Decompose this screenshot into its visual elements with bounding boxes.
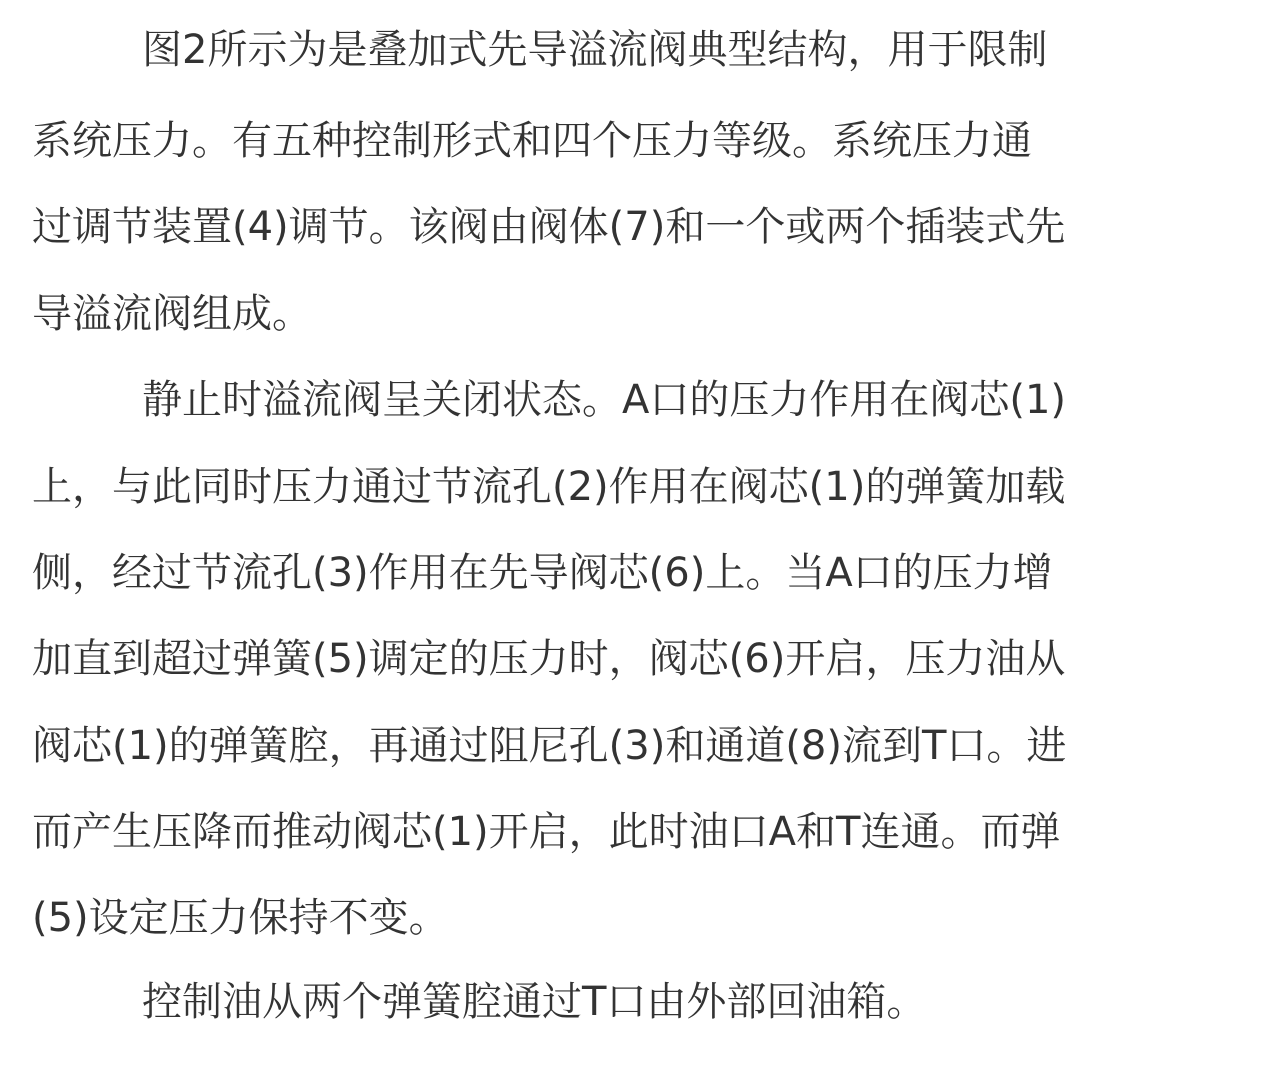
- text-line: 侧，经过节流孔(3)作用在先导阀芯(6)上。当A口的压力增: [32, 545, 1053, 601]
- text-line: 阀芯(1)的弹簧腔，再通过阻尼孔(3)和通道(8)流到T口。进: [32, 718, 1066, 774]
- text-line: 系统压力。有五种控制形式和四个压力等级。系统压力通: [32, 113, 1032, 169]
- text-line: 而产生压降而推动阀芯(1)开启，此时油口A和T连通。而弹: [32, 804, 1060, 860]
- text-line: 图2所示为是叠加式先导溢流阀典型结构，用于限制: [142, 22, 1047, 78]
- text-line: 加直到超过弹簧(5)调定的压力时，阀芯(6)开启，压力油从: [32, 631, 1065, 687]
- text-line: (5)设定压力保持不变。: [32, 890, 449, 946]
- text-line: 过调节装置(4)调节。该阀由阀体(7)和一个或两个插装式先: [32, 199, 1065, 255]
- text-line: 上，与此同时压力通过节流孔(2)作用在阀芯(1)的弹簧加载: [32, 459, 1065, 515]
- text-line: 导溢流阀组成。: [32, 286, 312, 342]
- text-line: 控制油从两个弹簧腔通过T口由外部回油箱。: [142, 974, 926, 1030]
- text-line: 静止时溢流阀呈关闭状态。A口的压力作用在阀芯(1): [142, 372, 1066, 428]
